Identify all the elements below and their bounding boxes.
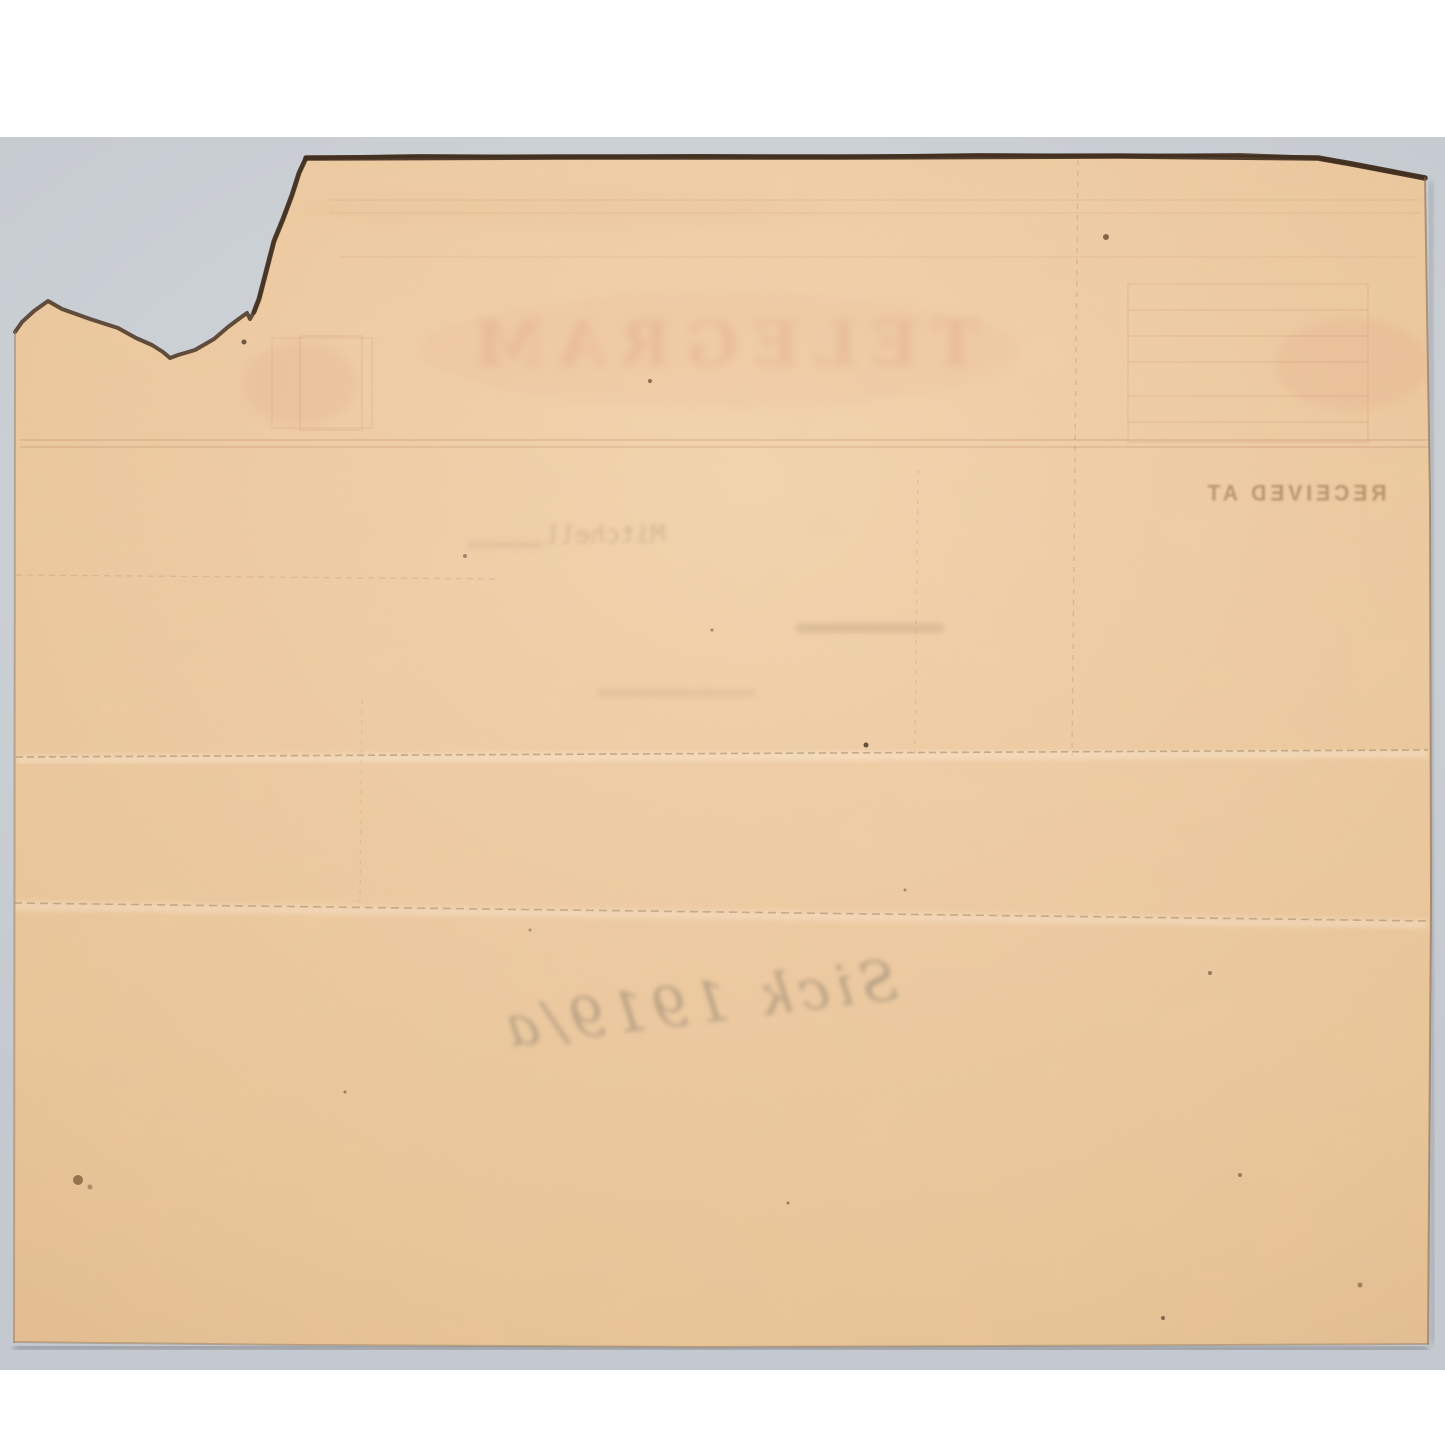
photo-canvas: TELEGRAM RECEIVED AT Mitchell Sick 1919/… [0,0,1445,1445]
torn-paper-sheet [0,0,1445,1445]
